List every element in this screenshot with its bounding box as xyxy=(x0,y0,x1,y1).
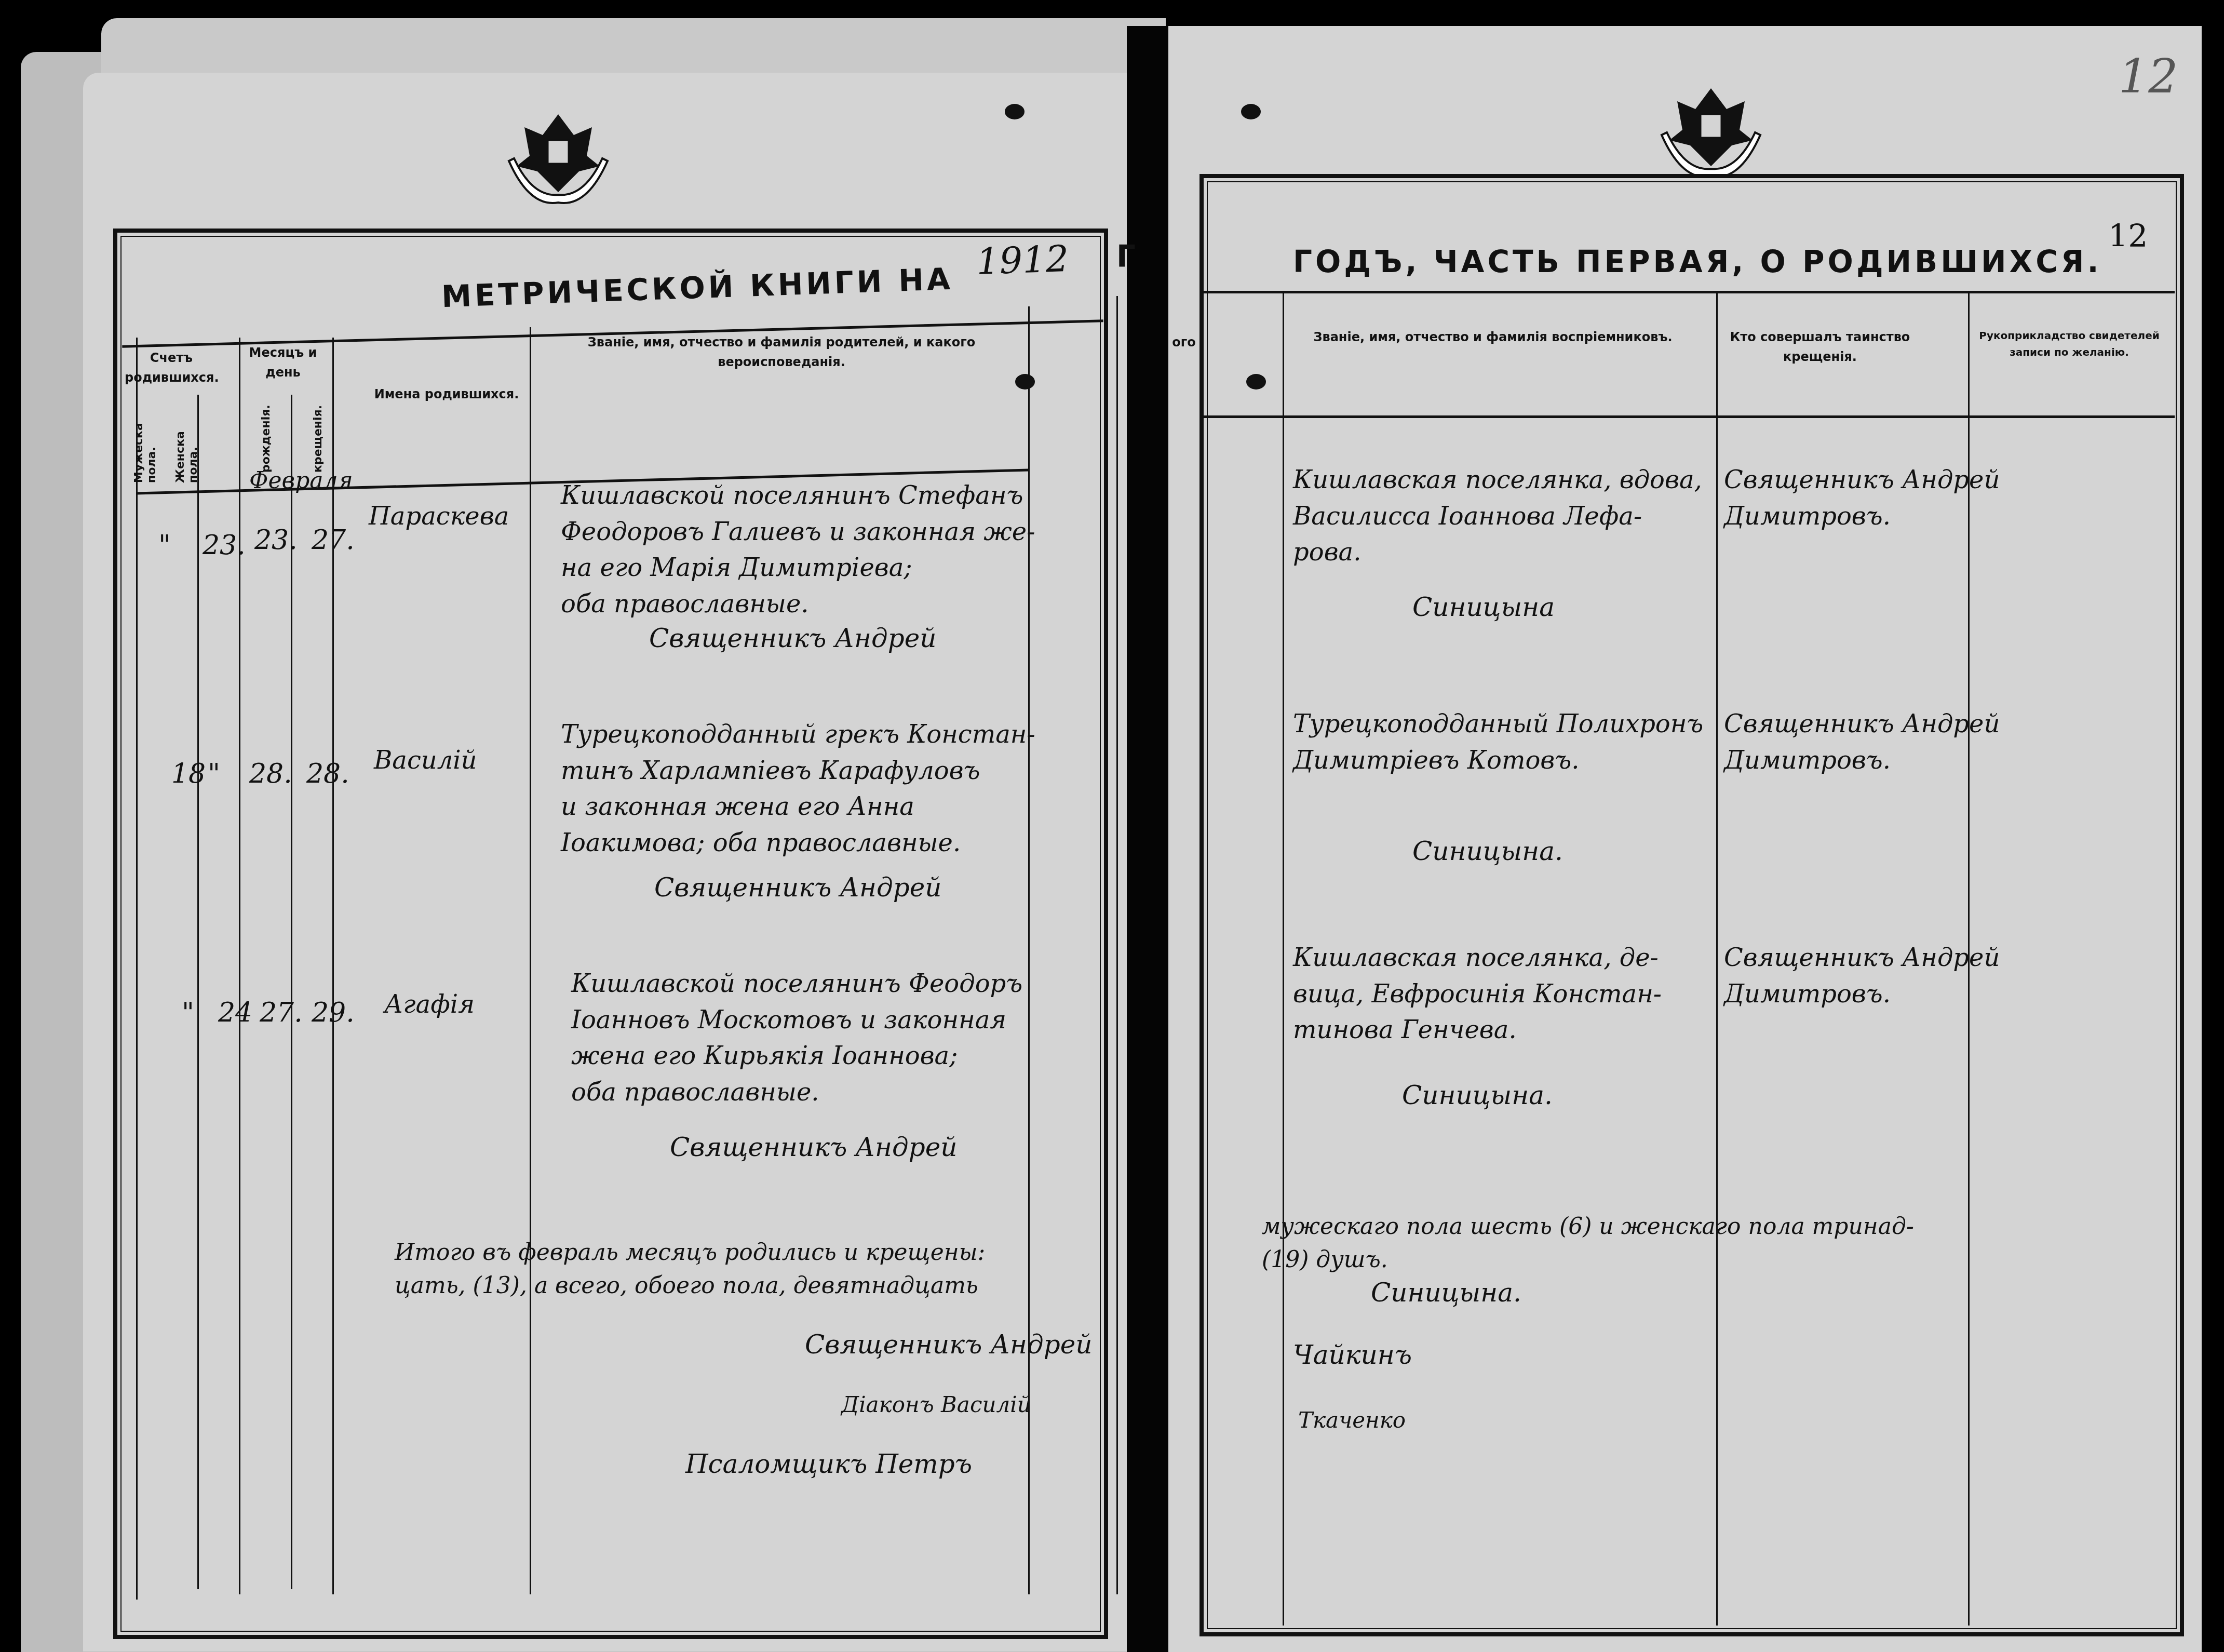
col-header-godparents: Званіе, имя, отчество и фамилія воспріем… xyxy=(1298,327,1688,347)
column-divider xyxy=(1199,291,1201,1626)
summary-right-sign: Синицына. xyxy=(1371,1278,1521,1308)
imperial-eagle-emblem-icon xyxy=(1651,78,1771,187)
record-male-no: " xyxy=(158,530,171,561)
col-header-month: Месяцъ и день xyxy=(244,343,322,383)
signature-deacon: Діаконъ Василій xyxy=(841,1392,1031,1417)
signature-psalmist: Псаломщикъ Петръ xyxy=(685,1449,972,1479)
summary-left: Итого въ февраль месяцъ родились и креще… xyxy=(395,1236,985,1302)
imperial-eagle-emblem-icon xyxy=(498,104,618,213)
record-birth-day: 23. xyxy=(254,525,298,556)
record-priest: Священникъ Андрей Димитровъ. xyxy=(1724,462,2000,534)
column-divider xyxy=(1283,291,1284,1626)
header-rule xyxy=(1204,291,2175,293)
column-divider xyxy=(239,338,240,1594)
column-divider xyxy=(1116,296,1118,1594)
summary-right: мужескаго пола шесть (6) и женскаго пола… xyxy=(1262,1210,1914,1277)
record-female-no: 24 xyxy=(218,997,252,1028)
record-priest: Священникъ Андрей Димитровъ. xyxy=(1724,940,2000,1012)
record-signature: Священникъ Андрей xyxy=(670,1132,958,1162)
record-male-no: 18 xyxy=(171,758,206,789)
col-header-female: Женска пола. xyxy=(174,400,200,483)
header-bottom-rule xyxy=(1204,415,2175,418)
column-divider xyxy=(136,338,138,1600)
signature-priest: Священникъ Андрей xyxy=(805,1329,1093,1360)
record-baptism-day: 29. xyxy=(312,997,355,1028)
col-header-birth: рожденія. xyxy=(260,400,273,473)
record-godparents: Турецкоподданный Полихронъ Димитріевъ Ко… xyxy=(1293,706,1703,778)
record-priest: Священникъ Андрей Димитровъ. xyxy=(1724,706,2000,778)
record-female-no: " xyxy=(208,758,220,789)
binding-hole xyxy=(1005,104,1025,119)
record-baptism-day: 27. xyxy=(312,525,355,556)
godparent-signature: Синицына xyxy=(1412,592,1555,622)
record-male-no: " xyxy=(182,997,194,1028)
column-divider xyxy=(530,327,531,1594)
record-godparents: Кишлавская поселянка, де- вица, Евфросин… xyxy=(1293,940,1662,1049)
binding-hole xyxy=(1241,104,1261,119)
folio-number-printed: 12 xyxy=(2108,218,2148,254)
signature-right-1: Чайкинъ xyxy=(1293,1340,1412,1370)
record-parents: Кишлавской поселянинъ Стефанъ Феодоровъ … xyxy=(561,478,1035,622)
record-birth-day: 27. xyxy=(260,997,303,1028)
title-year-abbrev: Г xyxy=(1116,239,1139,274)
column-divider xyxy=(1716,291,1718,1626)
year-value: 1912 xyxy=(976,237,1070,283)
godparent-signature: Синицына. xyxy=(1412,836,1563,866)
record-baptism-day: 28. xyxy=(306,758,349,789)
column-divider xyxy=(197,395,199,1589)
col-header-priest: Кто совершалъ таинство крещенія. xyxy=(1724,327,1916,367)
col-header-count: Счетъ родившихся. xyxy=(125,348,218,388)
record-parents: Кишлавской поселянинъ Феодоръ Іоанновъ М… xyxy=(571,966,1022,1110)
record-child-name: Параскева xyxy=(369,499,509,535)
page-title-right: ГОДЪ, ЧАСТЬ ПЕРВАЯ, О РОДИВШИХСЯ. xyxy=(1293,244,2101,279)
record-child-name: Василій xyxy=(374,743,477,779)
record-month: Февраля xyxy=(249,467,353,494)
signature-right-2: Ткаченко xyxy=(1298,1407,1406,1433)
binding-hole xyxy=(1015,374,1035,390)
godparent-signature: Синицына. xyxy=(1402,1080,1553,1110)
record-parents: Турецкоподданный грекъ Констан- тинъ Хар… xyxy=(561,717,1035,861)
column-divider xyxy=(291,395,292,1589)
col-header-baptism: крещенія. xyxy=(312,400,325,473)
col-header-parents: Званіе, имя, отчество и фамилія родителе… xyxy=(535,332,1028,372)
binding-hole xyxy=(1246,374,1266,390)
record-godparents: Кишлавская поселянка, вдова, Василисса І… xyxy=(1293,462,1702,571)
col-header-witnesses: Рукоприкладство свидетелей записи по жел… xyxy=(1973,327,2165,360)
record-signature: Священникъ Андрей xyxy=(649,623,937,653)
col-header-names: Имена родившихся. xyxy=(363,384,530,404)
folio-number-handwritten: 12 xyxy=(2119,49,2178,104)
record-female-no: 23. xyxy=(203,530,246,561)
record-signature: Священникъ Андрей xyxy=(654,872,942,903)
record-child-name: Агафія xyxy=(384,987,475,1023)
col-header-partial: ого xyxy=(1163,332,1205,352)
record-birth-day: 28. xyxy=(249,758,292,789)
